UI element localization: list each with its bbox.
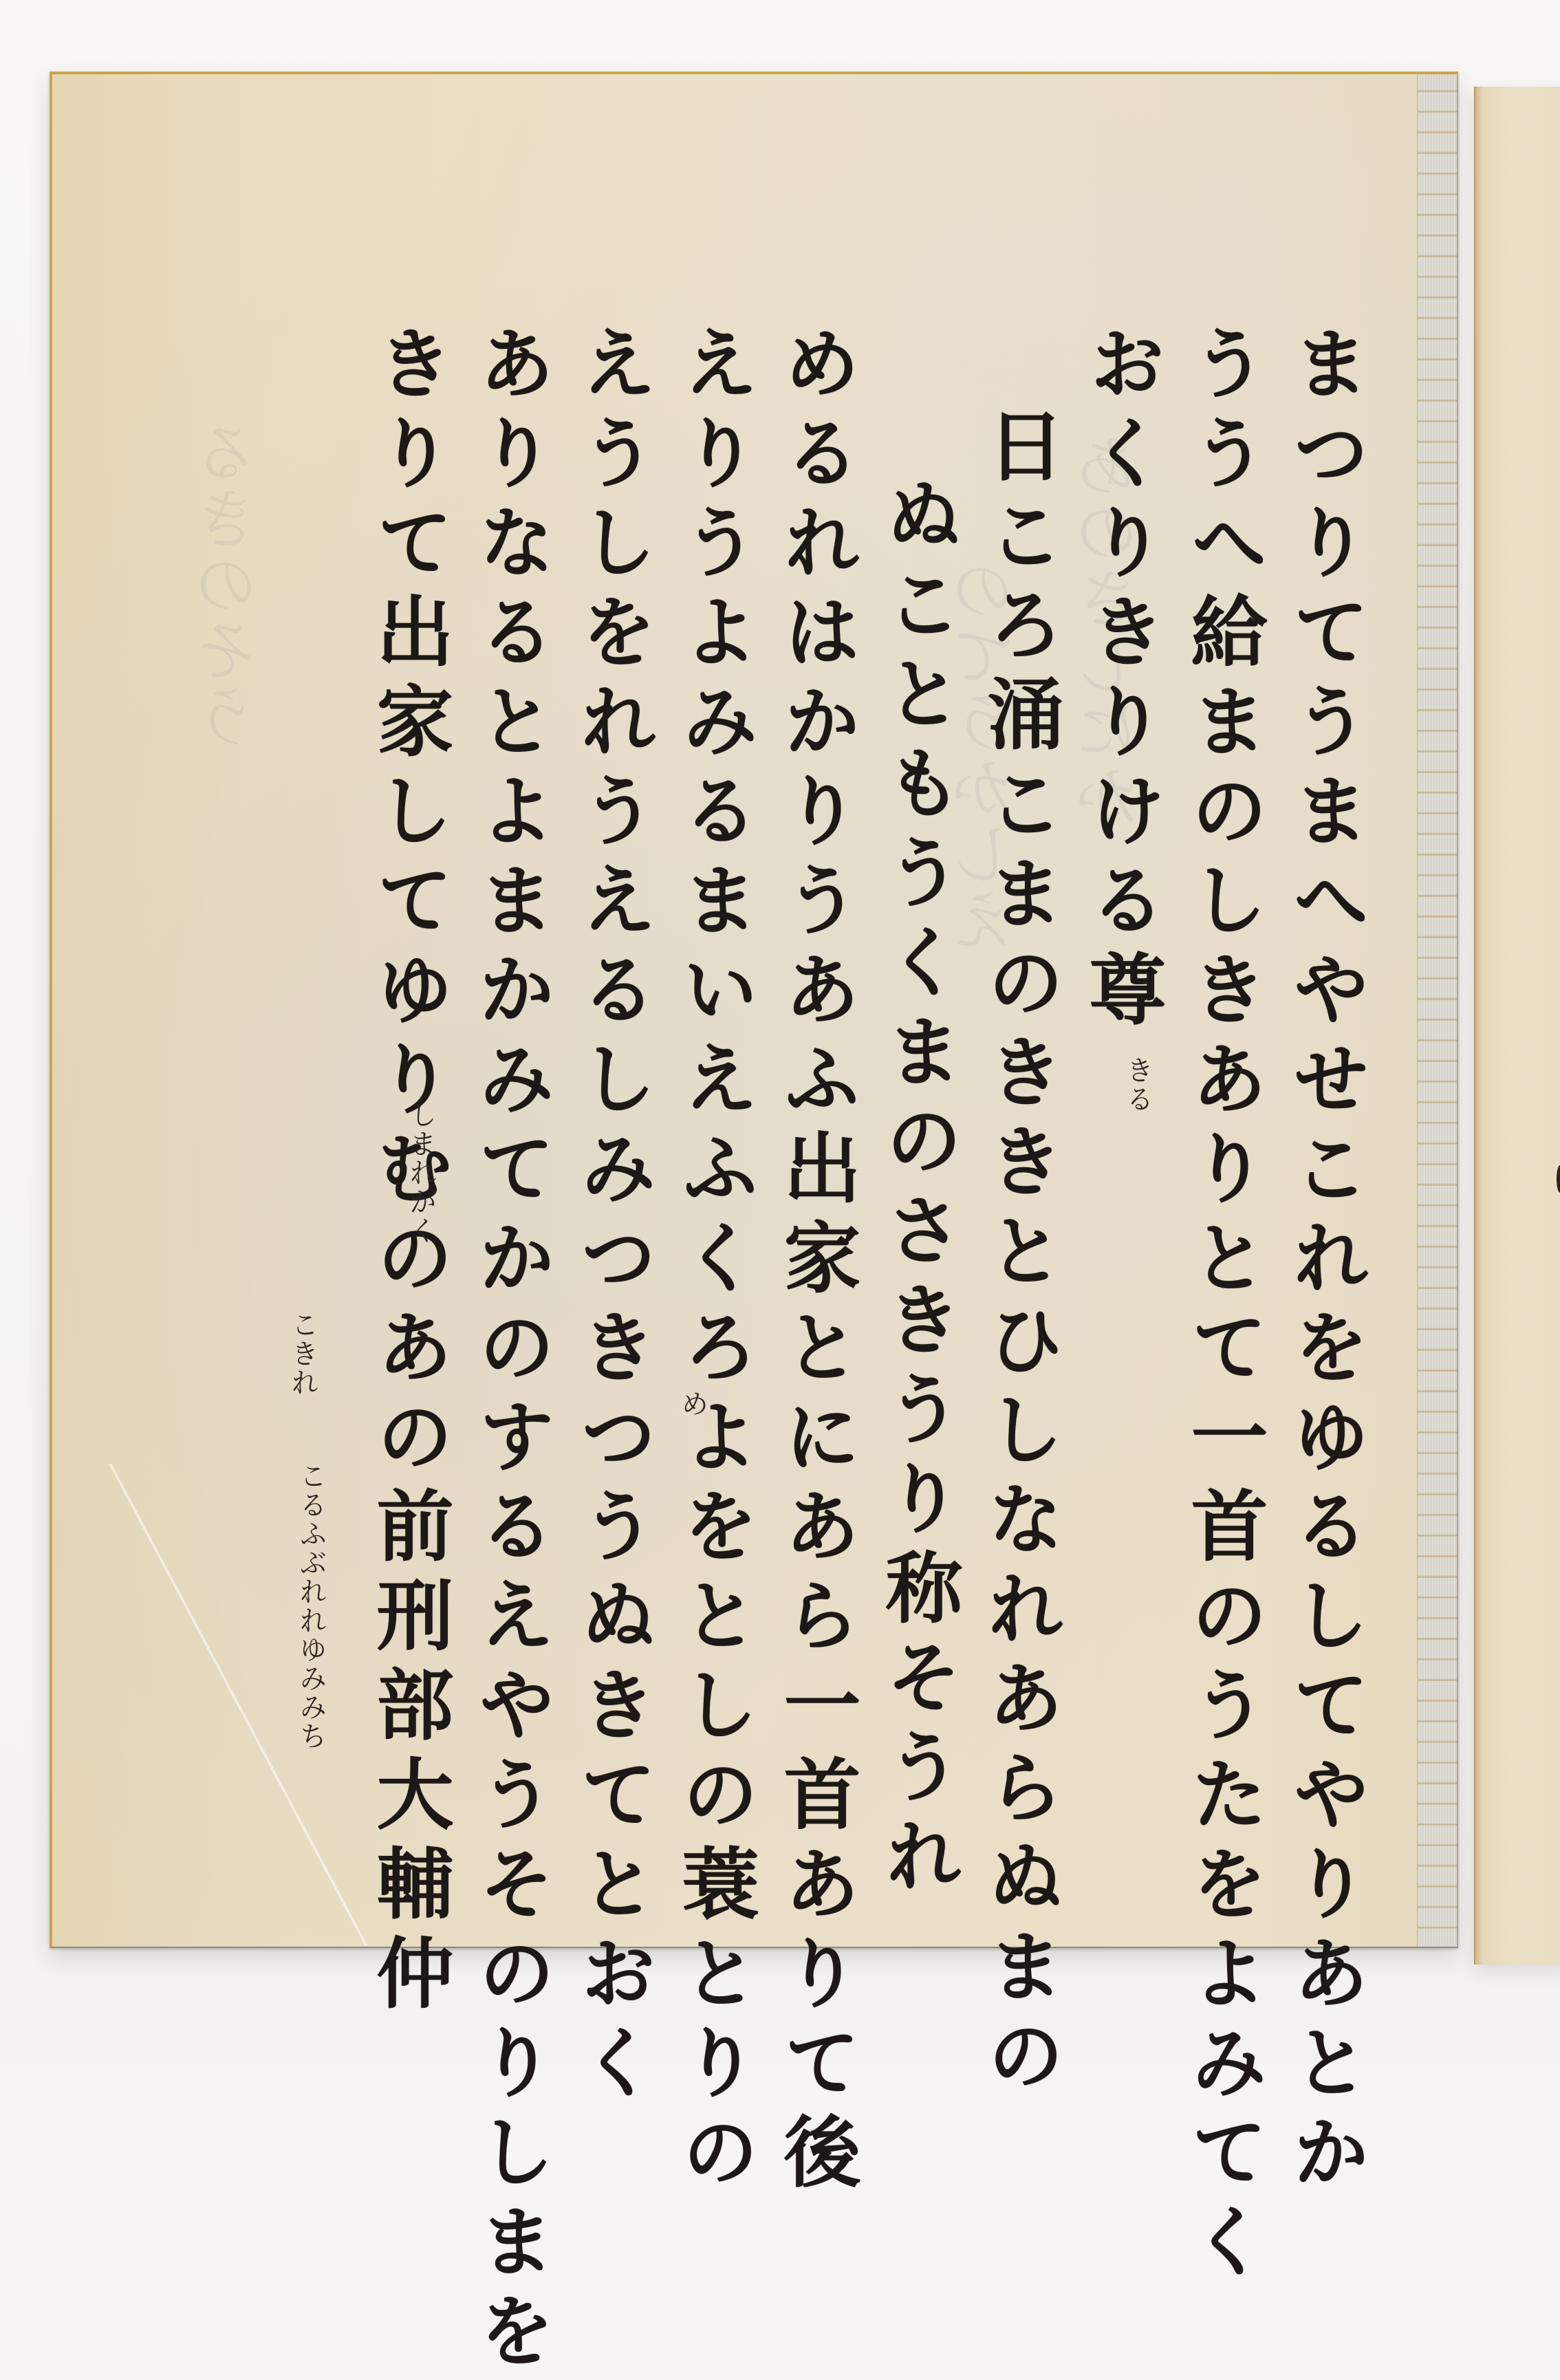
text-column-3: おくりきりける尊 bbox=[1070, 323, 1172, 1871]
adjacent-page bbox=[1474, 87, 1560, 1965]
text-column-4: 日ころ涌こまのききとひしなれあらぬまの bbox=[968, 323, 1070, 1954]
text-column-6: めるれはかりうあふ出家とにあら一首ありて後 bbox=[765, 323, 867, 1871]
text-column-2: ううへ給まのしきありとて一首のうたをよみてく bbox=[1172, 323, 1274, 1871]
adjacent-page-ink-mark bbox=[1557, 1165, 1560, 1193]
annotation-kiru: きる bbox=[1123, 1056, 1153, 1114]
text-column-1: まつりてうまへやせこれをゆるしてやりあとか bbox=[1274, 323, 1376, 1871]
annotation-gyobu-reading: こるふぶれれゆみみち bbox=[296, 1462, 326, 1751]
annotation-kokire: こきれ bbox=[288, 1310, 318, 1397]
text-column-10: きりて出家してゆりむのあの前刑部大輔仲 bbox=[358, 323, 459, 1871]
annotation-me: め bbox=[678, 1389, 708, 1418]
calligraphy-text: まつりてうまへやせこれをゆるしてやりあとか ううへ給まのしきありとて一首のうたを… bbox=[206, 323, 1376, 1871]
text-column-9: ありなるとよまかみてかのするえやうそのりしまを bbox=[459, 323, 561, 1871]
text-column-8: えうしをれうえるしみつきつうぬきてとおく bbox=[561, 323, 663, 1871]
text-column-7: えりうよみるまいえふくろよをとしの蓑とりの bbox=[663, 323, 765, 1871]
fabric-spine bbox=[1417, 74, 1458, 1947]
text-column-5: ぬこともうくまのさきうり称そうれ bbox=[867, 323, 968, 2022]
annotation-shimare: しまれがく bbox=[406, 1101, 436, 1245]
